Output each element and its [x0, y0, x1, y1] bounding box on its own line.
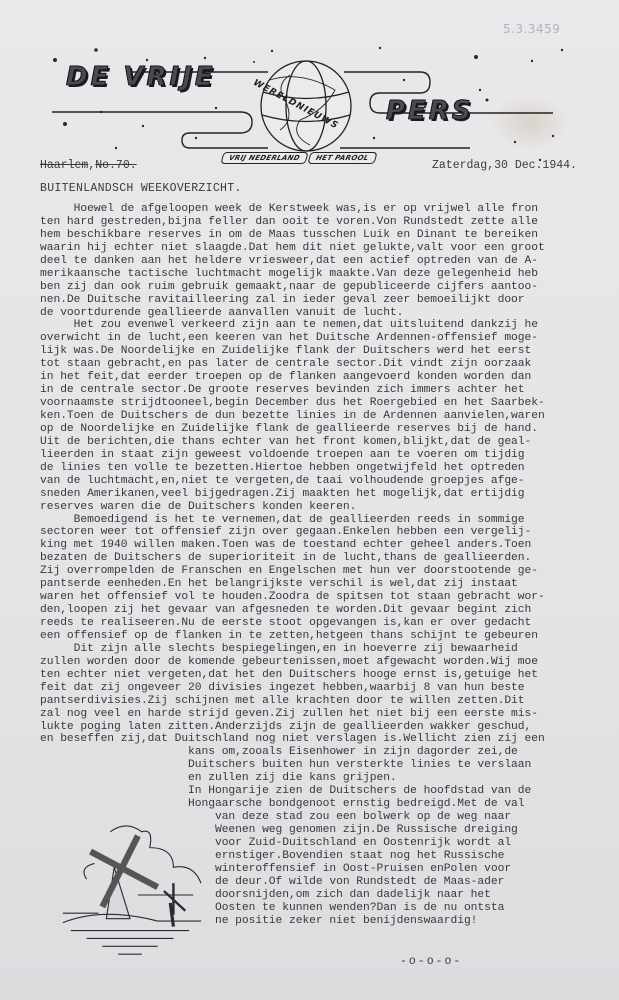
text-line: Dit zijn alle slechts bespiegelingen,en …	[40, 643, 619, 656]
text-line: nen.De Duitsche ravitailleering zal in i…	[40, 294, 619, 307]
text-line: ten echter niet vergeten,dat het den Dui…	[40, 669, 619, 682]
place-struck: Haarlem	[40, 159, 88, 172]
tagline-het-parool: HET PAROOL	[307, 152, 377, 164]
text-line: sneden Amerikanen,veel bijgedragen.Zij m…	[40, 488, 619, 501]
text-line: in het feit,dat eerder troepen op de fla…	[40, 371, 619, 384]
text-line: een offensief op de flanken in te zetten…	[40, 630, 619, 643]
text-line: waarin hij echter niet slaagde.Dat hem d…	[40, 242, 619, 255]
text-line: pantserde eenheden.En het belangrijkste …	[40, 578, 619, 591]
tagline-vrij-nederland: VRIJ NEDERLAND	[220, 152, 308, 164]
text-line: en zullen zij die kans grijpen.	[40, 772, 619, 785]
text-line: ken.Toen de Duitschers de dun bezette li…	[40, 410, 619, 423]
text-line: de linies ten volle te bezetten.Hiertoe …	[40, 462, 619, 475]
issue-number: No.70.	[95, 159, 136, 172]
masthead-title-left: DE VRIJE	[66, 62, 216, 92]
windmill-illustration-icon	[55, 815, 205, 975]
text-line: In Hongarije zien de Duitschers de hoofd…	[40, 785, 619, 798]
text-line: Hoewel de afgeloopen week de Kerstweek w…	[40, 203, 619, 216]
text-line: hem beschikbare reserves in om de Maas t…	[40, 229, 619, 242]
masthead: DE VRIJE PERS WERELDNIEUWS VRIJ NEDERLAN…	[0, 0, 619, 170]
place-and-issue: Haarlem,No.70.	[40, 159, 137, 172]
text-line: lijk was.De Noordelijke en Zuidelijke fl…	[40, 345, 619, 358]
text-line: op de Noordelijke en Zuidelijke flank de…	[40, 423, 619, 436]
text-line: Duitschers buiten hun versterkte linies …	[40, 759, 619, 772]
text-line: ben zij dan ook ruim gebruik gemaakt,naa…	[40, 281, 619, 294]
text-line: zal nog veel en harde strijd geven.Zij z…	[40, 708, 619, 721]
text-line: Zij overrompelden de Franschen en Engels…	[40, 565, 619, 578]
section-heading: BUITENLANDSCH WEEKOVERZICHT.	[40, 182, 242, 195]
text-line: zullen worden door de komende gebeurteni…	[40, 656, 619, 669]
text-line: Hongaarsche bondgenoot ernstig bedreigd.…	[40, 798, 619, 811]
text-line: bezaten de Duitschers de superioriteit i…	[40, 552, 619, 565]
issue-date: Zaterdag,30 Dec.1944.	[432, 159, 577, 172]
text-line: Het zou evenwel verkeerd zijn aan te nem…	[40, 319, 619, 332]
text-line: van de luchtmacht,en,niet te vergeten,de…	[40, 475, 619, 488]
text-line: Bemoedigend is het te vernemen,dat de ge…	[40, 514, 619, 527]
text-line: lieerden in staat zijn geweest voldoende…	[40, 449, 619, 462]
text-line: den,loopen zij het gevaar van afgesneden…	[40, 604, 619, 617]
text-line: lukte poging laten zitten.Anderzijds zij…	[40, 721, 619, 734]
text-line: feit dat zij ongeveer 20 divisies ingeze…	[40, 682, 619, 695]
text-line: in de centrale sector.De groote reserves…	[40, 384, 619, 397]
document-page: 5.3.3459	[0, 0, 619, 1000]
masthead-tagline: VRIJ NEDERLAND HET PAROOL	[222, 152, 375, 164]
text-line: reeds te realiseeren.Nu de eerste stoot …	[40, 617, 619, 630]
closing-separator: -o-o-o-	[400, 955, 462, 968]
text-line: reserves waren die de Duitschers konden …	[40, 501, 619, 514]
text-line: waren het offensief vol te houden.Zoodra…	[40, 591, 619, 604]
text-line: merikaansche tactische luchtmacht mogeli…	[40, 268, 619, 281]
text-line: kans om,zooals Eisenhower in zijn dagord…	[40, 746, 619, 759]
text-line: Uit de berichten,die thans echter van he…	[40, 436, 619, 449]
text-line: pantserdivisies.Zij schijnen met alle kr…	[40, 695, 619, 708]
masthead-title-right: PERS	[386, 96, 474, 126]
text-line: deel te danken aan het heldere vriesweer…	[40, 255, 619, 268]
text-line: voornaamste strijdtooneel,begin December…	[40, 397, 619, 410]
text-line: en beseffen zij,dat Duitschland nog niet…	[40, 733, 619, 746]
text-line: sectoren weer tot offensief zijn over ge…	[40, 526, 619, 539]
text-line: de voortdurende geallieerde aanvallen va…	[40, 307, 619, 320]
text-line: king met 1940 willen maken.Toen was de t…	[40, 539, 619, 552]
text-line: tot staan gebracht,en pas later de centr…	[40, 358, 619, 371]
text-line: ten hard gestreden,bijna feller dan ooit…	[40, 216, 619, 229]
text-line: overwicht in de lucht,een keeren van het…	[40, 332, 619, 345]
